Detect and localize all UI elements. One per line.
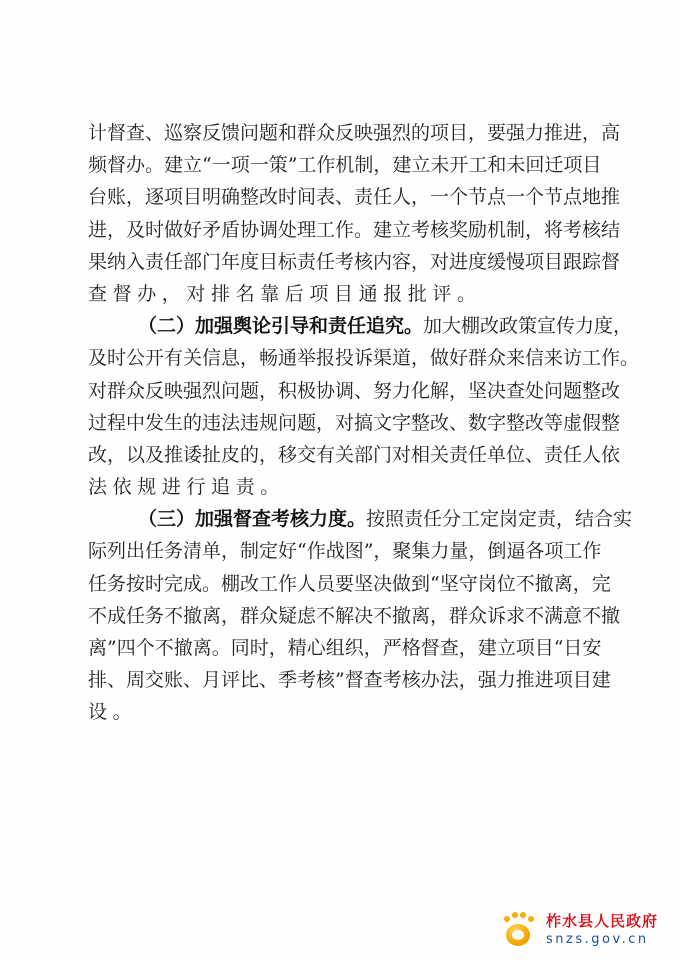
paragraph-1-line-6: 查督办，对排名靠后项目通报批评。: [88, 278, 594, 310]
paragraph-1-line-1: 计督查、巡察反馈问题和群众反映强烈的项目，要强力推进，高: [88, 117, 594, 149]
document-page: 计督查、巡察反馈问题和群众反映强烈的项目，要强力推进，高 频督办。建立“一项一策…: [0, 0, 680, 960]
watermark-url: snzs.gov.cn: [546, 931, 658, 949]
paragraph-3-line-4: 不成任务不撤离，群众疑虑不解决不撤离，群众诉求不满意不撤: [88, 600, 594, 632]
site-watermark: 柞水县人民政府 snzs.gov.cn: [502, 905, 672, 955]
paragraph-3-line-1-rest: 按照责任分工定岗定责，结合实: [366, 508, 632, 530]
paragraph-3-line-2: 际列出任务清单，制定好“作战图”，聚集力量，倒逼各项工作: [88, 535, 594, 567]
paragraph-2-line-3: 对群众反映强烈问题，积极协调、努力化解，坚决查处问题整改: [88, 375, 594, 407]
paragraph-3-first-line: （三）加强督查考核力度。按照责任分工定岗定责，结合实: [88, 503, 594, 535]
paragraph-2-line-1-rest: 加大棚改政策宣传力度，: [423, 315, 632, 337]
paragraph-3-line-3: 任务按时完成。棚改工作人员要坚决做到“坚守岗位不撤离，完: [88, 568, 594, 600]
paragraph-2-first-line: （二）加强舆论引导和责任追究。加大棚改政策宣传力度，: [88, 310, 594, 342]
paragraph-3-line-7: 设。: [88, 696, 594, 728]
paragraph-1-line-3: 台账，逐项目明确整改时间表、责任人，一个节点一个节点地推: [88, 181, 594, 213]
document-body: 计督查、巡察反馈问题和群众反映强烈的项目，要强力推进，高 频督办。建立“一项一策…: [88, 117, 594, 729]
paragraph-3-line-6: 排、周交账、月评比、季考核”督查考核办法，强力推进项目建: [88, 664, 594, 696]
paragraph-2-line-6: 法依规进行追责。: [88, 471, 594, 503]
paragraph-1-line-4: 进，及时做好矛盾协调处理工作。建立考核奖励机制，将考核结: [88, 214, 594, 246]
watermark-title: 柞水县人民政府: [546, 911, 658, 931]
paw-ring-logo-icon: [502, 910, 536, 950]
paragraph-2-line-4: 过程中发生的违法违规问题，对搞文字整改、数字整改等虚假整: [88, 407, 594, 439]
watermark-text: 柞水县人民政府 snzs.gov.cn: [546, 911, 658, 949]
paragraph-3-line-5: 离”四个不撤离。同时，精心组织，严格督查，建立项目“日安: [88, 632, 594, 664]
section-heading-2: （二）加强舆论引导和责任追究。: [138, 315, 423, 337]
paragraph-2-line-2: 及时公开有关信息，畅通举报投诉渠道，做好群众来信来访工作。: [88, 342, 594, 374]
paragraph-2-line-5: 改，以及推诿扯皮的，移交有关部门对相关责任单位、责任人依: [88, 439, 594, 471]
paragraph-1-line-2: 频督办。建立“一项一策”工作机制，建立未开工和未回迁项目: [88, 149, 594, 181]
section-heading-3: （三）加强督查考核力度。: [138, 508, 366, 530]
paragraph-1-line-5: 果纳入责任部门年度目标责任考核内容，对进度缓慢项目跟踪督: [88, 246, 594, 278]
